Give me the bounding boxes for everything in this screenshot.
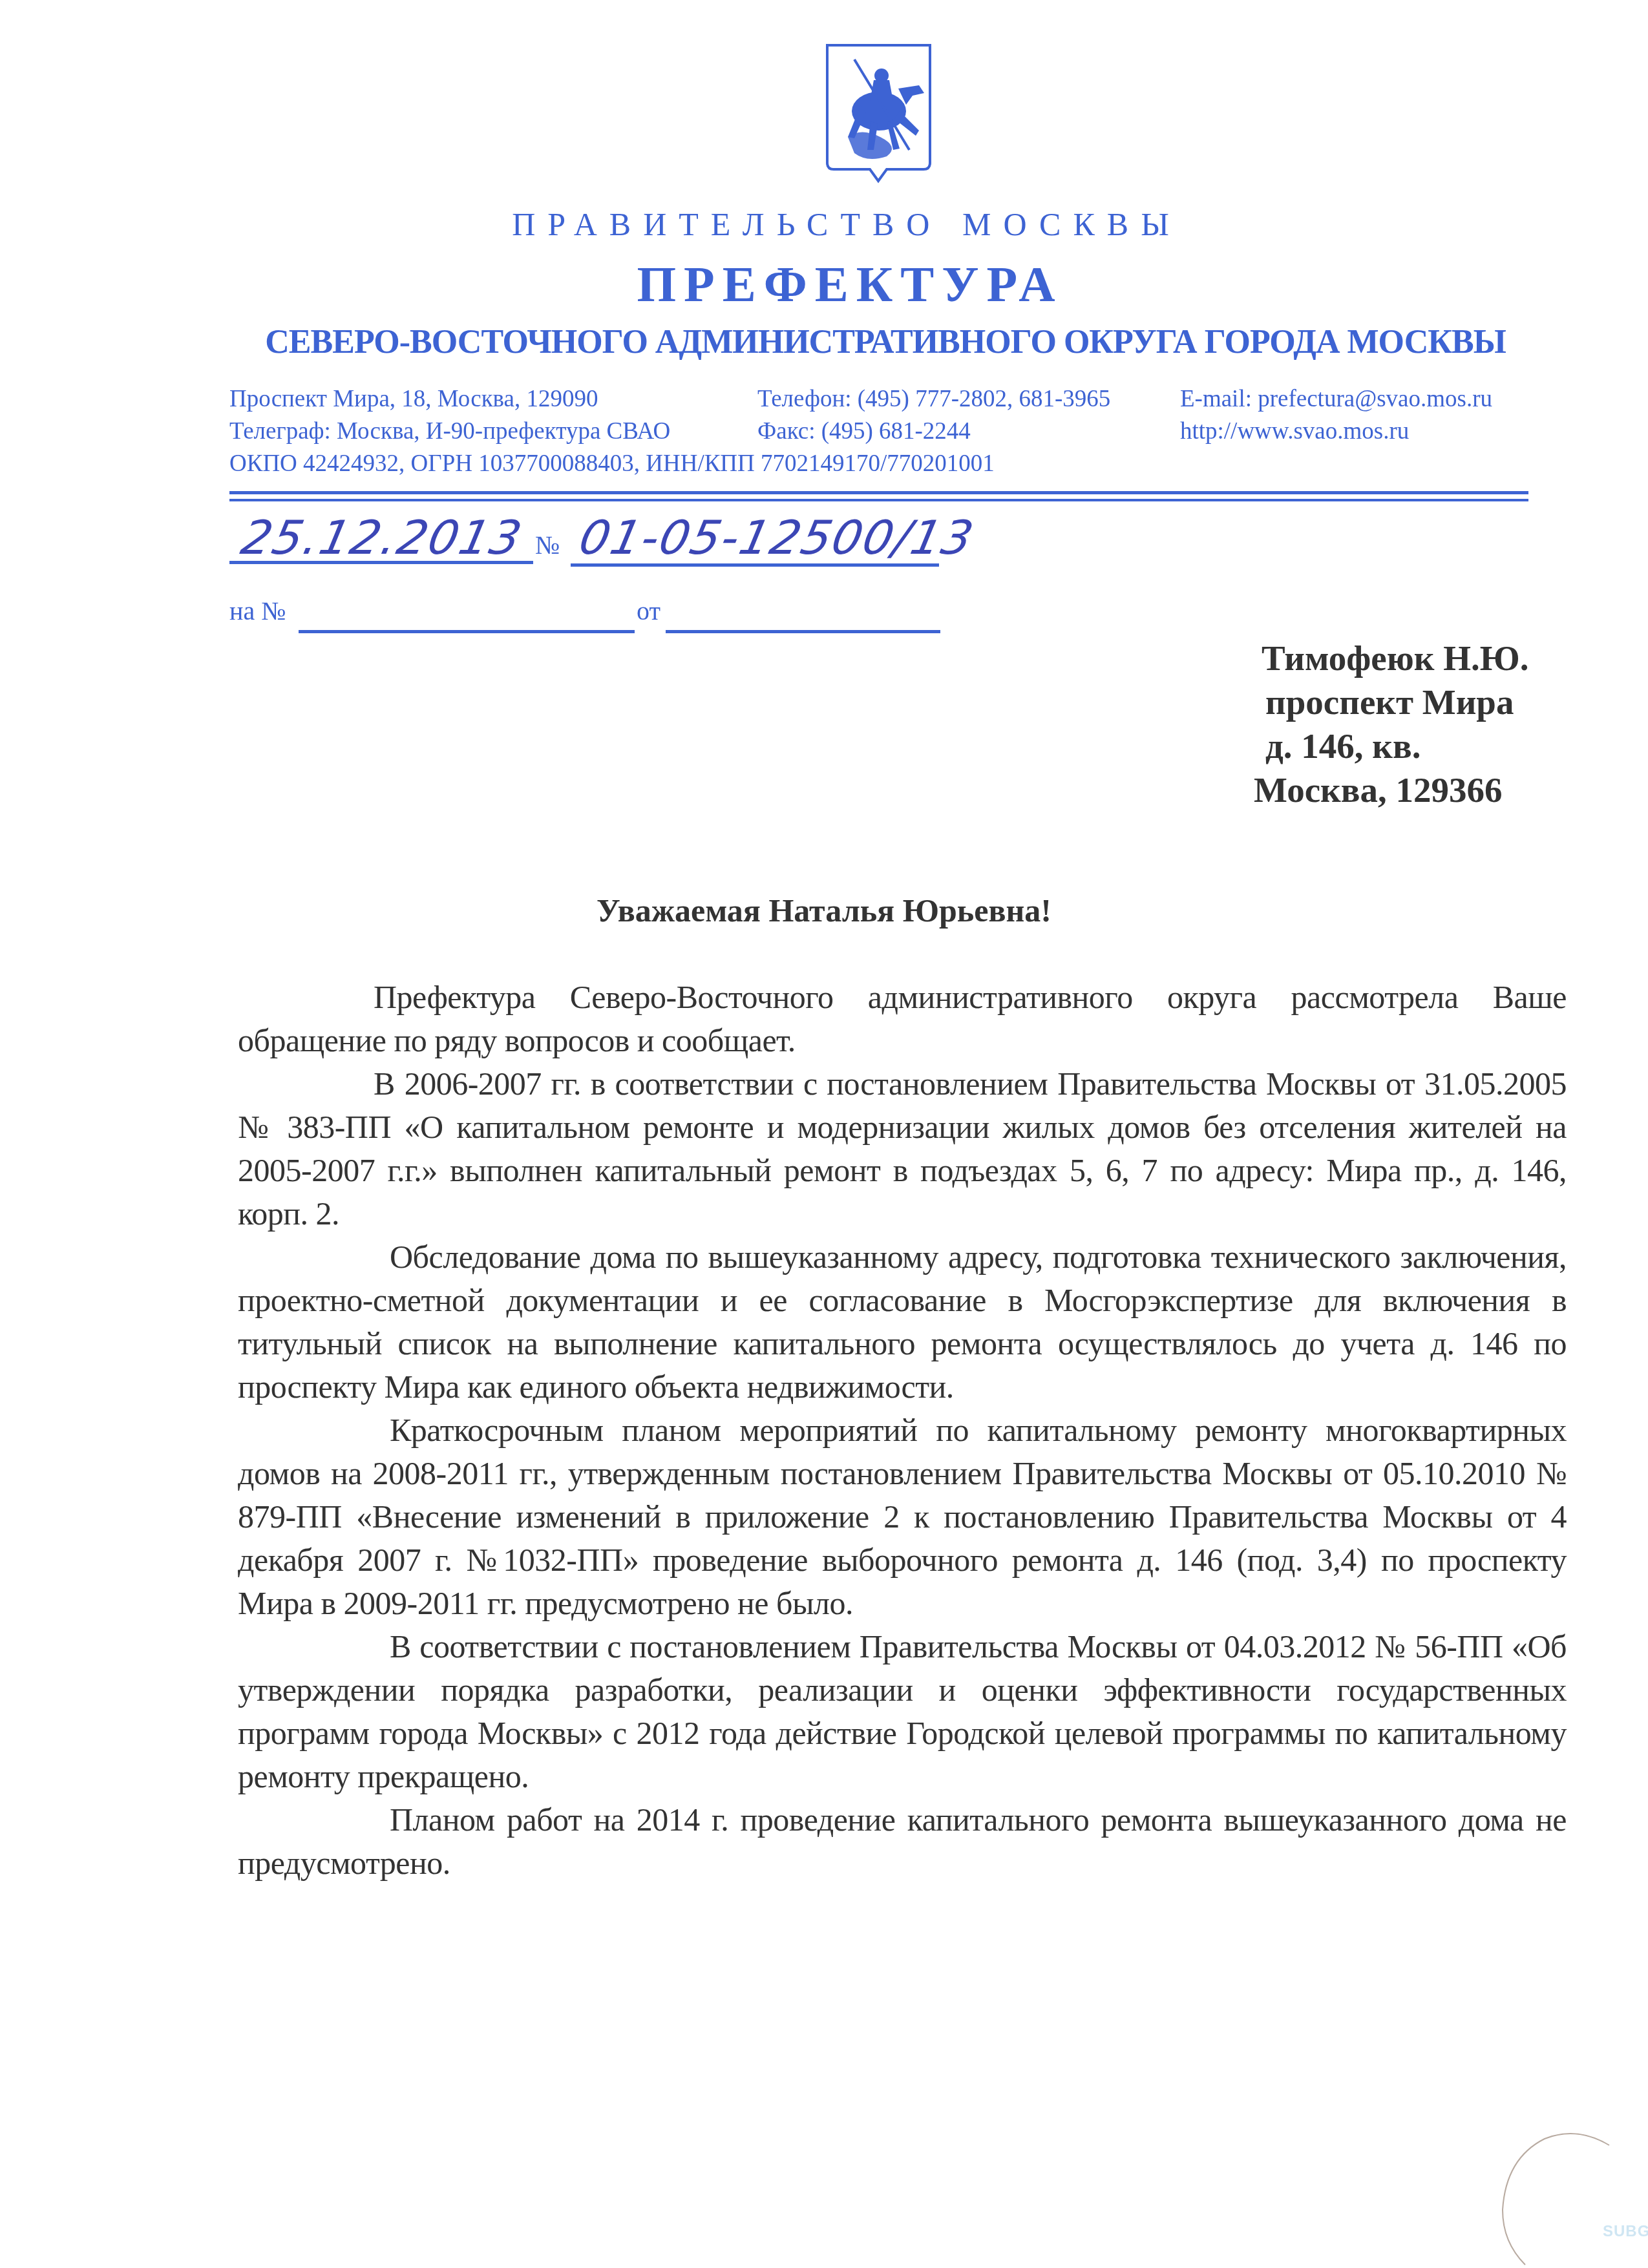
outgoing-date: 25.12.2013 xyxy=(237,510,527,565)
date-underline xyxy=(229,561,533,564)
contact-block-phone: Телефон: (495) 777-2802, 681-3965 Факс: … xyxy=(757,383,1110,448)
number-underline xyxy=(571,563,939,567)
recipient-block: Тимофеюк Н.Ю. проспект Мира д. 146, кв. … xyxy=(1254,636,1528,812)
moscow-coat-of-arms-icon xyxy=(822,40,935,185)
district-title: СЕВЕРО-ВОСТОЧНОГО АДМИНИСТРАТИВНОГО ОКРУ… xyxy=(239,323,1532,361)
recipient-city: Москва, 129366 xyxy=(1254,768,1528,812)
reply-to-blank xyxy=(299,630,635,633)
outgoing-number: 01-05-12500/13 xyxy=(575,510,979,565)
contact-block-online: E-mail: prefectura@svao.mos.ru http://ww… xyxy=(1180,383,1492,448)
registration-codes: ОКПО 42424932, ОГРН 1037700088403, ИНН/К… xyxy=(229,448,995,480)
letterhead-divider xyxy=(229,491,1528,501)
phone: Телефон: (495) 777-2802, 681-3965 xyxy=(757,383,1110,415)
reply-to-label: на № xyxy=(229,596,286,626)
watermark: SUBGRAD xyxy=(1603,2223,1648,2241)
from-blank xyxy=(666,630,940,633)
paragraph: Краткосрочным планом мероприятий по капи… xyxy=(238,1409,1567,1625)
letter-body: Префектура Северо-Восточного администрат… xyxy=(238,976,1567,1885)
fax: Факс: (495) 681-2244 xyxy=(757,415,1110,448)
salutation: Уважаемая Наталья Юрьевна! xyxy=(0,892,1648,929)
email: E-mail: prefectura@svao.mos.ru xyxy=(1180,383,1492,415)
government-title: ПРАВИТЕЛЬСТВО МОСКВЫ xyxy=(0,205,1648,243)
paragraph: Планом работ на 2014 г. проведение капит… xyxy=(238,1798,1567,1885)
organization-title: ПРЕФЕКТУРА xyxy=(0,255,1648,313)
recipient-street: проспект Мира xyxy=(1254,680,1528,724)
paragraph: Обследование дома по вышеуказанному адре… xyxy=(238,1235,1567,1409)
paragraph: В 2006-2007 гг. в соответствии с постано… xyxy=(238,1062,1567,1235)
paragraph: Префектура Северо-Восточного администрат… xyxy=(238,976,1567,1062)
recipient-house: д. 146, кв. xyxy=(1254,724,1528,768)
stamp-outline-icon xyxy=(1480,2126,1648,2268)
paragraph: В соответствии с постановлением Правител… xyxy=(238,1625,1567,1798)
website: http://www.svao.mos.ru xyxy=(1180,415,1492,448)
from-label: от xyxy=(637,596,660,626)
number-label: № xyxy=(535,530,560,560)
recipient-name: Тимофеюк Н.Ю. xyxy=(1254,636,1528,680)
